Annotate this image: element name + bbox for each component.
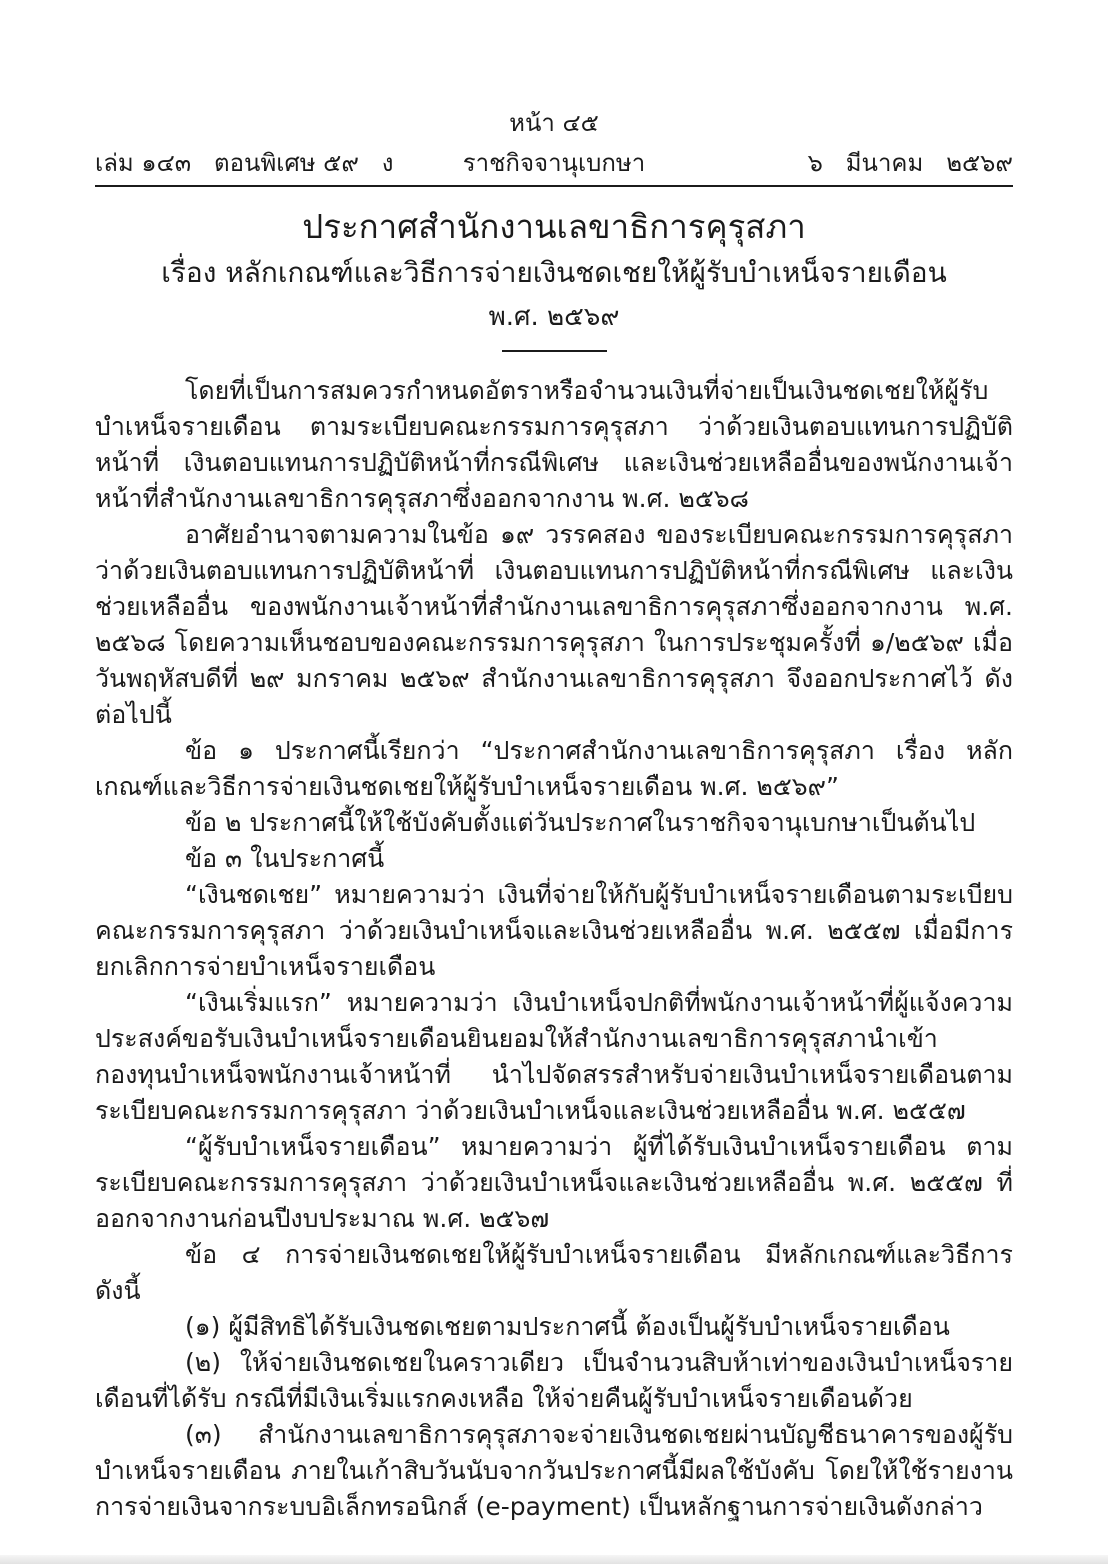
document-subject: เรื่อง หลักเกณฑ์และวิธีการจ่ายเงินชดเชยใ… xyxy=(95,253,1013,293)
paragraph-1: โดยที่เป็นการสมควรกำหนดอัตราหรือจำนวนเงิ… xyxy=(95,373,1013,517)
paragraph-9: ข้อ ๔ การจ่ายเงินชดเชยให้ผู้รับบำเหน็จรา… xyxy=(95,1237,1013,1309)
paragraph-10: (๑) ผู้มีสิทธิได้รับเงินชดเชยตามประกาศนี… xyxy=(95,1309,1013,1345)
title-block: ประกาศสำนักงานเลขาธิการคุรุสภา เรื่อง หล… xyxy=(95,205,1013,352)
paragraph-2: อาศัยอำนาจตามความในข้อ ๑๙ วรรคสอง ของระเ… xyxy=(95,517,1013,733)
paragraph-6: “เงินชดเชย” หมายความว่า เงินที่จ่ายให้กั… xyxy=(95,877,1013,985)
paragraph-4: ข้อ ๒ ประกาศนี้ให้ใช้บังคับตั้งแต่วันประ… xyxy=(95,805,1013,841)
gazette-page: หน้า ๔๕ เล่ม ๑๔๓ ตอนพิเศษ ๕๙ ง ราชกิจจาน… xyxy=(0,0,1108,1564)
title-divider xyxy=(502,350,607,352)
masthead-divider xyxy=(95,185,1013,187)
paragraph-8: “ผู้รับบำเหน็จรายเดือน” หมายความว่า ผู้ท… xyxy=(95,1129,1013,1237)
page-number-label: หน้า ๔๕ xyxy=(95,108,1013,138)
masthead: เล่ม ๑๔๓ ตอนพิเศษ ๕๙ ง ราชกิจจานุเบกษา ๖… xyxy=(95,148,1013,178)
gazette-name-label: ราชกิจจานุเบกษา xyxy=(419,148,689,178)
publication-date-label: ๖ มีนาคม ๒๕๖๙ xyxy=(689,148,1013,178)
document-title: ประกาศสำนักงานเลขาธิการคุรุสภา xyxy=(95,205,1013,249)
paragraph-11: (๒) ให้จ่ายเงินชดเชยในคราวเดียว เป็นจำนว… xyxy=(95,1345,1013,1417)
paragraph-5: ข้อ ๓ ในประกาศนี้ xyxy=(95,841,1013,877)
paragraph-3: ข้อ ๑ ประกาศนี้เรียกว่า “ประกาศสำนักงานเ… xyxy=(95,733,1013,805)
scan-bottom-edge xyxy=(0,1555,1108,1564)
document-year: พ.ศ. ๒๕๖๙ xyxy=(95,299,1013,335)
volume-issue-label: เล่ม ๑๔๓ ตอนพิเศษ ๕๙ ง xyxy=(95,148,419,178)
document-body: โดยที่เป็นการสมควรกำหนดอัตราหรือจำนวนเงิ… xyxy=(95,373,1013,1525)
paragraph-12: (๓) สำนักงานเลขาธิการคุรุสภาจะจ่ายเงินชด… xyxy=(95,1417,1013,1525)
paragraph-7: “เงินเริ่มแรก” หมายความว่า เงินบำเหน็จปก… xyxy=(95,985,1013,1129)
